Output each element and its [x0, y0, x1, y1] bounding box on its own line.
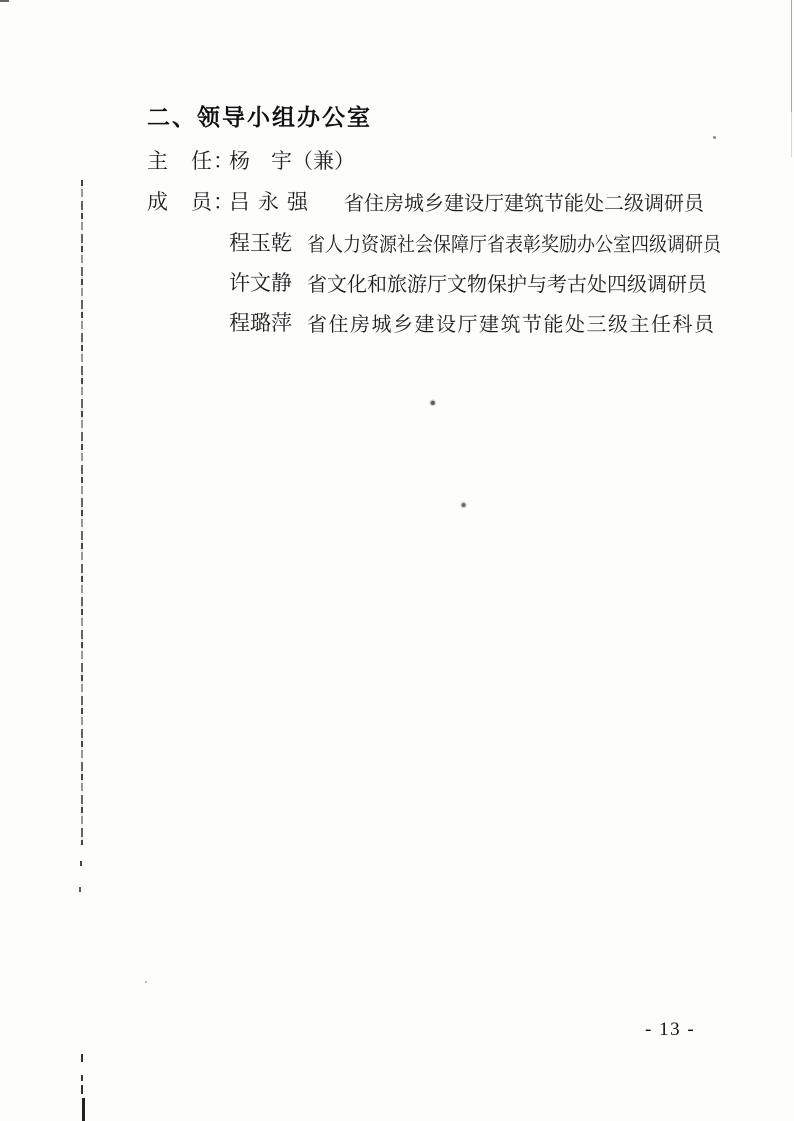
member-title: 省文化和旅游厅文物保护与考古处四级调研员: [307, 268, 707, 297]
member-name: 程玉乾: [229, 227, 292, 257]
scan-speck: [79, 887, 81, 892]
document-page: 二、领导小组办公室 主 任： 杨 宇（兼） 成 员： 吕永强 省住房城乡建设厅建…: [0, 0, 794, 1121]
member-name: 程璐萍: [229, 307, 292, 337]
section-heading: 二、领导小组办公室: [147, 99, 372, 132]
director-label: 主 任：: [147, 145, 235, 175]
member-name: 吕永强: [229, 186, 316, 216]
scan-speck: [428, 399, 436, 406]
director-row: 主 任： 杨 宇（兼）: [147, 145, 747, 173]
right-edge-scan-line: [791, 0, 792, 112]
members-label: 成 员：: [147, 186, 235, 216]
director-name: 杨 宇（兼）: [229, 145, 355, 175]
corner-scan-mark: [0, 0, 9, 2]
scan-speck: [145, 981, 147, 983]
left-edge-scan-dash: [81, 1075, 83, 1081]
member-row: 程璐萍 省住房城乡建设厅建筑节能处三级主任科员: [147, 307, 747, 335]
member-name: 许文静: [229, 267, 292, 297]
member-title: 省人力资源社会保障厅省表彰奖励办公室四级调研员: [307, 228, 721, 257]
left-edge-scan-dash: [82, 1098, 85, 1121]
scan-speck: [80, 861, 82, 866]
member-row: 程玉乾 省人力资源社会保障厅省表彰奖励办公室四级调研员: [147, 227, 747, 255]
left-edge-scan-line: [81, 180, 83, 845]
member-title: 省住房城乡建设厅建筑节能处三级主任科员: [307, 308, 716, 337]
left-edge-scan-dash: [81, 1085, 83, 1094]
member-row: 成 员： 吕永强 省住房城乡建设厅建筑节能处二级调研员: [147, 186, 747, 214]
scan-speck: [460, 501, 468, 509]
page-number: - 13 -: [645, 1019, 695, 1041]
left-edge-scan-dash: [81, 1054, 83, 1062]
scan-speck: [713, 136, 716, 139]
member-title: 省住房城乡建设厅建筑节能处二级调研员: [344, 187, 704, 216]
member-row: 许文静 省文化和旅游厅文物保护与考古处四级调研员: [147, 267, 747, 295]
right-edge-scan-line: [791, 112, 792, 157]
